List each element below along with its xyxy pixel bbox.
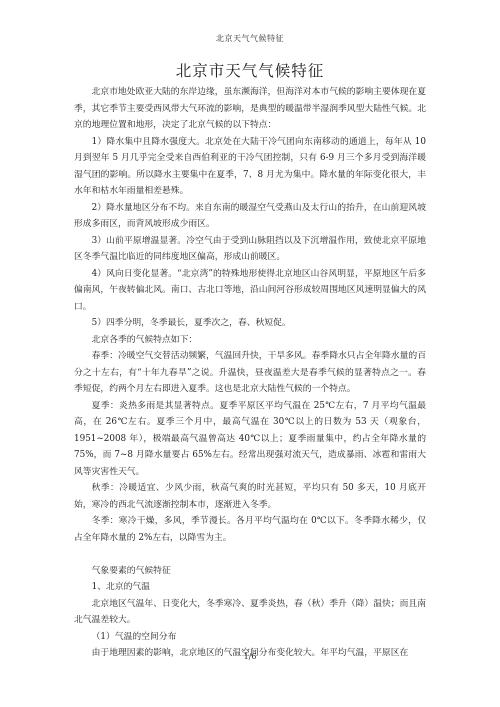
- paragraph: 气象要素的气候特征: [74, 563, 426, 580]
- document-page: 北京天气气候特征 北京市天气气候特征 北京市地处欧亚大陆的东岸边缘，虽东濒海洋，…: [0, 0, 500, 707]
- paragraph: 北京地区气温年、日变化大，冬季寒冷、夏季炎热，春（秋）季升（降）温快；而且南北气…: [74, 596, 426, 629]
- paragraph: 1）降水集中且降水强度大。北京处在大陆干冷气团向东南移动的通道上，每年从 10 …: [74, 134, 426, 200]
- paragraph: 4）风向日变化显著。“北京湾”的特殊地形使得北京地区山谷风明显，平原地区午后多偏…: [74, 266, 426, 316]
- paragraph: 3）山前平原增温显著。冷空气由于受到山脉阻挡以及下沉增温作用，致使北京平原地区冬…: [74, 233, 426, 266]
- paragraph: 2）降水量地区分布不均。来自东南的暖湿空气受燕山及太行山的抬升，在山前迎风坡形成…: [74, 200, 426, 233]
- page-number: 1/6: [0, 652, 500, 661]
- paragraph: 北京各季的气候特点如下：: [74, 332, 426, 349]
- paragraph: 1、北京的气温: [74, 579, 426, 596]
- paragraph: 5）四季分明，冬季最长，夏季次之，春、秋短促。: [74, 315, 426, 332]
- document-body: 北京市地处欧亚大陆的东岸边缘，虽东濒海洋，但海洋对本市气候的影响主要体现在夏季，…: [74, 84, 426, 662]
- document-header: 北京天气气候特征: [0, 33, 500, 44]
- document-title: 北京市天气气候特征: [0, 59, 500, 81]
- paragraph: 春季：冷暖空气交替活动频繁，气温回升快，干旱多风。春季降水只占全年降水量的百分之…: [74, 348, 426, 398]
- paragraph: 冬季：寒冷干燥，多风，季节漫长。各月平均气温均在 0℃以下。冬季降水稀少，仅占全…: [74, 513, 426, 546]
- paragraph: 北京市地处欧亚大陆的东岸边缘，虽东濒海洋，但海洋对本市气候的影响主要体现在夏季，…: [74, 84, 426, 134]
- paragraph: （1）气温的空间分布: [74, 629, 426, 646]
- paragraph: 夏季：炎热多雨是其显著特点。夏季平原区平均气温在 25℃左右，7 月平均气温最高…: [74, 398, 426, 481]
- paragraph: 秋季：冷暖适宜、少风少雨，秋高气爽的时光甚短，平均只有 50 多天，10 月底开…: [74, 480, 426, 513]
